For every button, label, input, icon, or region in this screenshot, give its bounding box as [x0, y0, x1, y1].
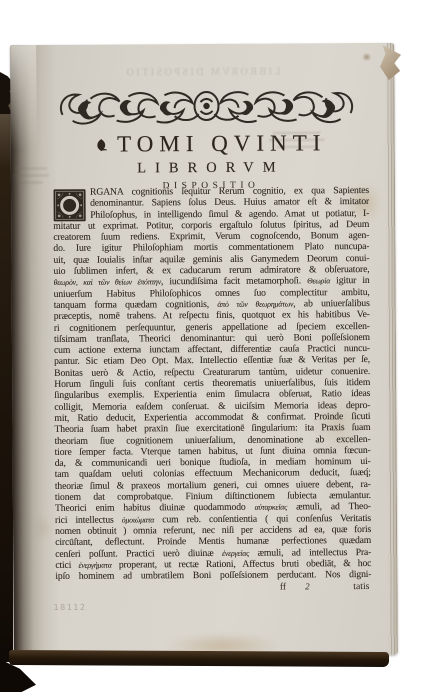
signature-line: ff 2 tatis — [55, 581, 371, 596]
pencil-inventory-number: 18112 — [54, 603, 87, 612]
title-block: TOMI QVINTI LIBRORVM DISPOSITIO — [53, 130, 369, 192]
verso-showthrough-smudge — [13, 174, 49, 177]
page-title: TOMI QVINTI — [117, 130, 326, 157]
aldus-leaf-icon — [95, 138, 108, 151]
foxing-stain — [362, 53, 371, 61]
catchword: tatis — [353, 581, 369, 592]
gutter-top-fade — [10, 45, 37, 155]
verso-showthrough-text: LIBRORVM DISPOSITIO — [10, 66, 394, 79]
woodcut-headpiece-ornament — [56, 85, 356, 129]
woodcut-initial-O — [53, 189, 86, 222]
verso-showthrough-smudge — [15, 167, 47, 170]
body-text: RGANA cognitionis ſequitur Rerum cogniti… — [53, 185, 371, 596]
book-page: LIBRORVM DISPOSITIO — [10, 43, 398, 657]
bottom-page-edges — [9, 650, 389, 667]
signature-number: 2 — [305, 582, 310, 592]
signature-mark: ff — [280, 582, 286, 593]
page-subtitle: LIBRORVM — [53, 159, 369, 178]
verso-showthrough-smudge — [17, 181, 43, 184]
text-line: ipſo hominem ad umbratilem Boni poſſeſsi… — [55, 569, 371, 582]
fore-edge-pages — [385, 43, 398, 655]
foxing-stain — [33, 513, 53, 543]
text-lines: RGANA cognitionis ſequitur Rerum cogniti… — [53, 185, 371, 582]
book-photograph: LIBRORVM DISPOSITIO — [0, 0, 423, 700]
